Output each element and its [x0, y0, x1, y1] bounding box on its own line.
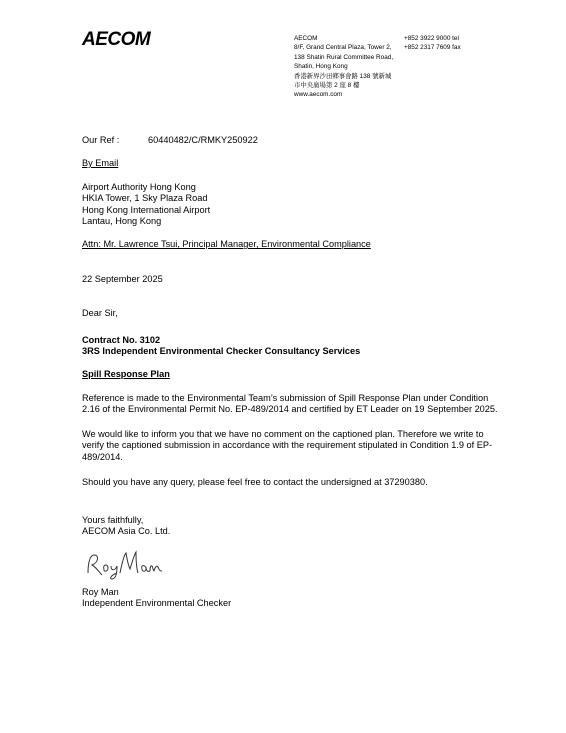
closing-block: Yours faithfully, AECOM Asia Co. Ltd.	[82, 515, 170, 538]
address-line: Shatin, Hong Kong	[294, 62, 393, 71]
address-line: AECOM	[294, 34, 393, 43]
addressee-line: Airport Authority Hong Kong	[82, 182, 210, 193]
body-paragraph: Should you have any query, please feel f…	[82, 477, 502, 488]
letterhead-address: AECOM 8/F, Grand Central Plaza, Tower 2,…	[294, 34, 393, 100]
address-line: 市中央廣場第 2 座 8 樓	[294, 81, 393, 90]
contract-heading: Contract No. 3102 3RS Independent Enviro…	[82, 335, 360, 358]
reference-value: 60440482/C/RMKY250922	[148, 135, 258, 146]
address-line: 香港新界沙田鄉事會路 138 號新城	[294, 72, 393, 81]
addressee-line: Lantau, Hong Kong	[82, 216, 210, 227]
letterhead-contact: +852 3922 9000 tel +852 2317 7609 fax	[404, 34, 461, 53]
fax-line: +852 2317 7609 fax	[404, 43, 461, 52]
subject-heading: Spill Response Plan	[82, 369, 170, 380]
company-name: AECOM Asia Co. Ltd.	[82, 526, 170, 537]
address-line: 138 Shatin Rural Committee Road,	[294, 53, 393, 62]
handwritten-signature	[84, 549, 174, 586]
body-paragraph: Reference is made to the Environmental T…	[82, 393, 502, 416]
delivery-method: By Email	[82, 158, 118, 169]
addressee-line: Hong Kong International Airport	[82, 205, 210, 216]
aecom-logo: AECOM	[82, 29, 150, 51]
valediction: Yours faithfully,	[82, 515, 170, 526]
addressee-line: HKIA Tower, 1 Sky Plaza Road	[82, 193, 210, 204]
address-line: 8/F, Grand Central Plaza, Tower 2,	[294, 43, 393, 52]
salutation: Dear Sir,	[82, 308, 118, 319]
letter-date: 22 September 2025	[82, 274, 163, 285]
addressee-block: Airport Authority Hong Kong HKIA Tower, …	[82, 182, 210, 228]
signature-icon	[84, 549, 174, 581]
contract-number: Contract No. 3102	[82, 335, 360, 346]
signer-name: Roy Man	[82, 587, 231, 598]
reference-label: Our Ref :	[82, 135, 119, 146]
attention-line: Attn: Mr. Lawrence Tsui, Principal Manag…	[82, 239, 371, 250]
website-link[interactable]: www.aecom.com	[294, 90, 393, 99]
phone-line: +852 3922 9000 tel	[404, 34, 461, 43]
contract-title: 3RS Independent Environmental Checker Co…	[82, 346, 360, 357]
signer-title: Independent Environmental Checker	[82, 598, 231, 609]
body-paragraph: We would like to inform you that we have…	[82, 429, 502, 463]
signer-block: Roy Man Independent Environmental Checke…	[82, 587, 231, 610]
